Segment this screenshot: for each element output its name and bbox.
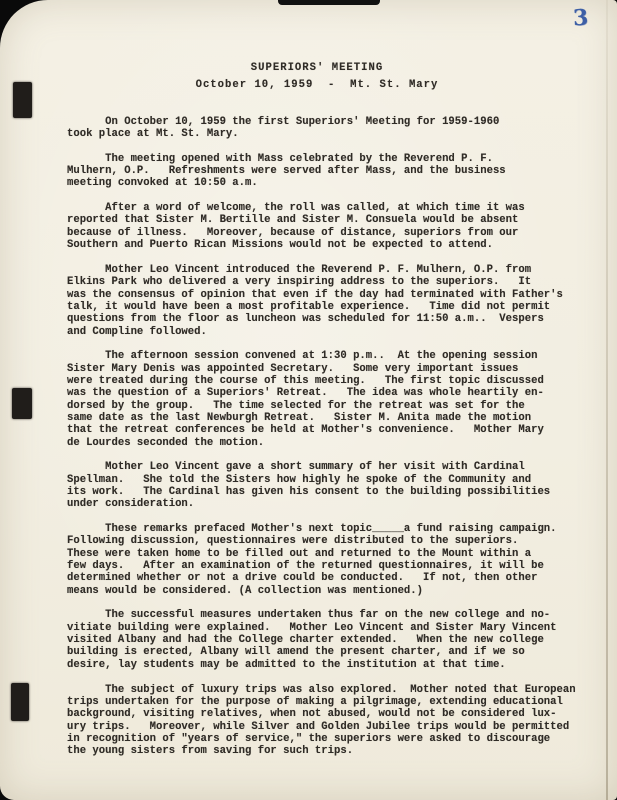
paragraph-7: These remarks prefaced Mother's next top… bbox=[67, 523, 567, 597]
document-page: 3 SUPERIORS' MEETING October 10, 1959 - … bbox=[0, 0, 617, 800]
binding-mark bbox=[12, 388, 32, 419]
paragraph-8: The successful measures undertaken thus … bbox=[67, 609, 567, 671]
binding-mark bbox=[11, 683, 29, 721]
paper-edge-shadow bbox=[606, 0, 608, 800]
paragraph-5: The afternoon session convened at 1:30 p… bbox=[67, 350, 567, 449]
document-content: SUPERIORS' MEETING October 10, 1959 - Mt… bbox=[67, 62, 567, 758]
paragraph-3: After a word of welcome, the roll was ca… bbox=[67, 202, 567, 251]
paragraph-2: The meeting opened with Mass celebrated … bbox=[67, 153, 567, 190]
page-number-stamp: 3 bbox=[572, 5, 589, 32]
paragraph-1: On October 10, 1959 the first Superiors'… bbox=[67, 116, 567, 141]
paragraph-9: The subject of luxury trips was also exp… bbox=[67, 684, 567, 758]
paragraph-4: Mother Leo Vincent introduced the Revere… bbox=[67, 264, 567, 338]
paragraph-6: Mother Leo Vincent gave a short summary … bbox=[67, 461, 567, 510]
scanned-document: 3 SUPERIORS' MEETING October 10, 1959 - … bbox=[0, 0, 617, 800]
scan-edge-artifact bbox=[278, 0, 380, 5]
binding-mark bbox=[13, 82, 32, 118]
document-subtitle: October 10, 1959 - Mt. St. Mary bbox=[67, 79, 567, 91]
document-body: On October 10, 1959 the first Superiors'… bbox=[67, 116, 567, 758]
document-title: SUPERIORS' MEETING bbox=[67, 62, 567, 74]
